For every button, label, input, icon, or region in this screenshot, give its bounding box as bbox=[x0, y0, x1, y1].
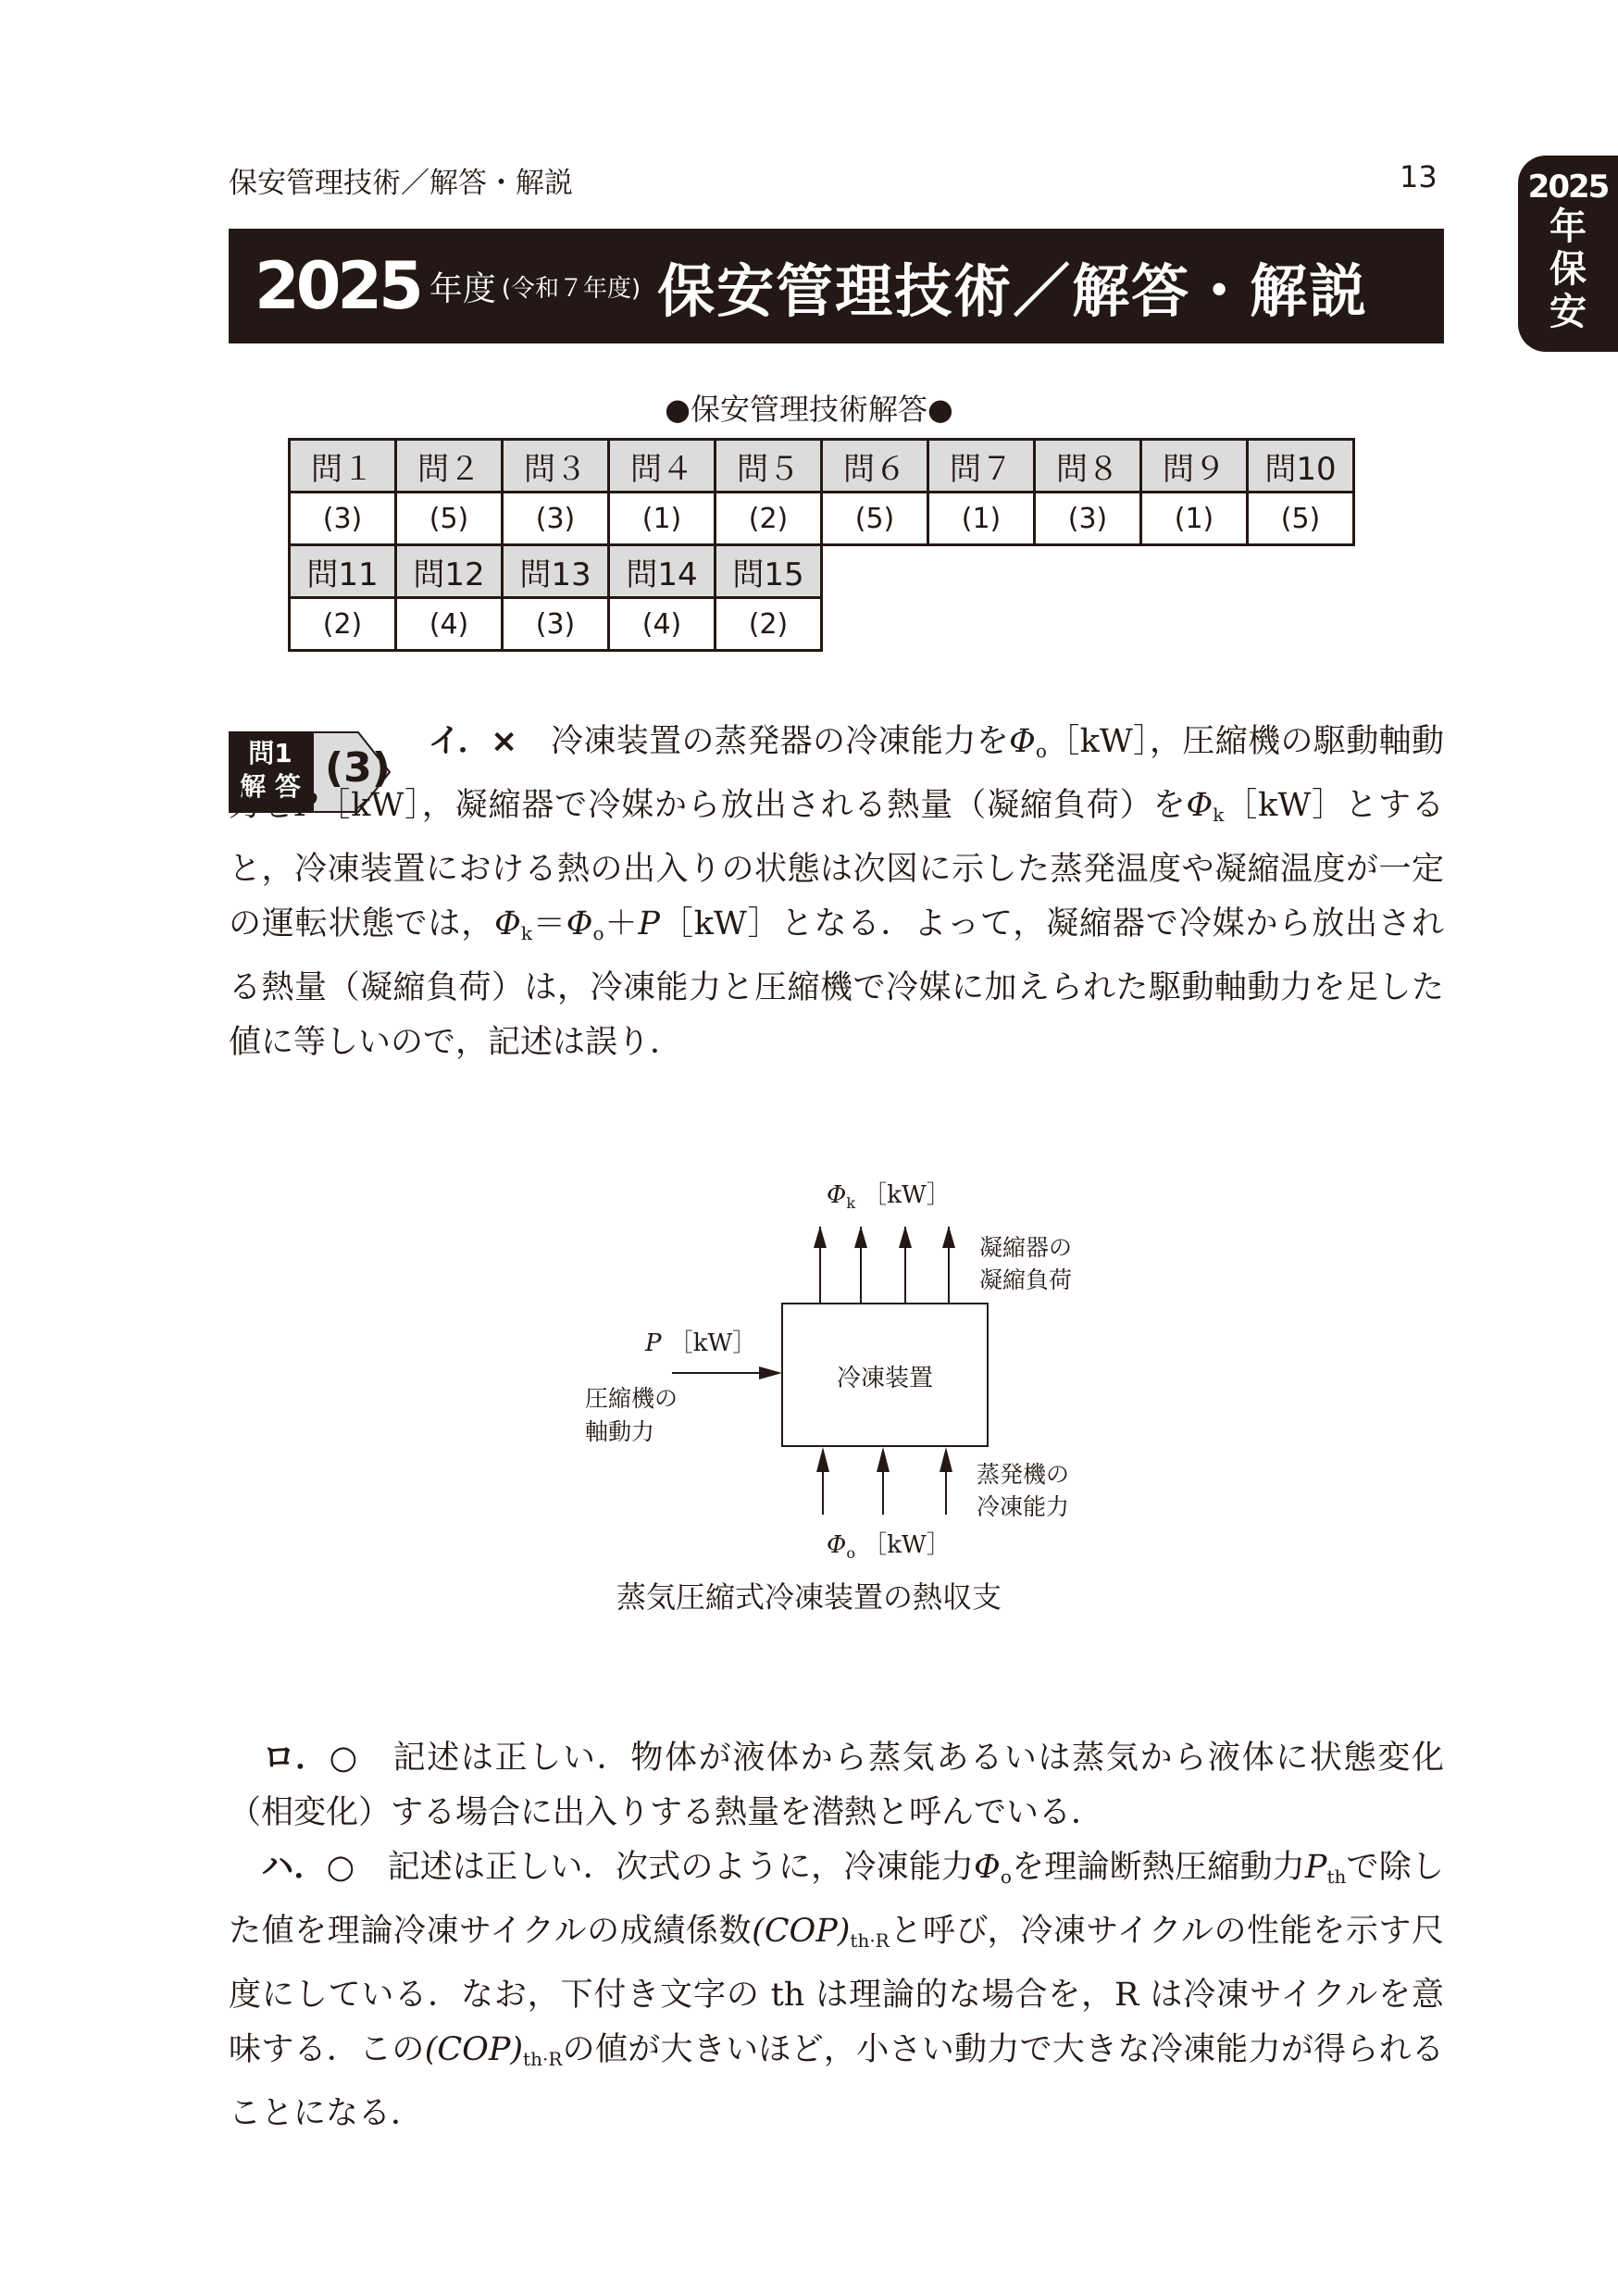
title-year: 2025 bbox=[255, 248, 420, 324]
answer-cell: (2) bbox=[290, 598, 396, 651]
answer-cell: (1) bbox=[1141, 493, 1248, 545]
power-label: P ［kW］ bbox=[645, 1324, 756, 1358]
circle-mark: ○ bbox=[327, 1849, 355, 1886]
side-tab-year: 2025 bbox=[1518, 168, 1618, 206]
section-ro-marker: ロ． bbox=[263, 1740, 330, 1777]
answer-row: (2) (4) (3) (4) (2) bbox=[290, 598, 1354, 651]
title-bar: 2025 年度 (令和７年度) 保安管理技術／解答・解説 bbox=[229, 229, 1444, 343]
section-i-marker: イ．× bbox=[428, 723, 517, 760]
empty-cell bbox=[822, 598, 1354, 651]
answer-row: (3) (5) (3) (1) (2) (5) (1) (3) (1) (5) bbox=[290, 493, 1354, 545]
page-number: 13 bbox=[1400, 159, 1438, 194]
answer-cell: (5) bbox=[396, 493, 503, 545]
question-cell: 問４ bbox=[609, 440, 716, 493]
compressor-desc: 圧縮機の 軸動力 bbox=[585, 1382, 678, 1449]
answer-cell: (2) bbox=[716, 493, 822, 545]
question-cell: 問15 bbox=[716, 545, 822, 598]
answer-cell: (3) bbox=[503, 598, 609, 651]
side-tab-char: 年 bbox=[1518, 206, 1618, 248]
question-cell: 問８ bbox=[1035, 440, 1141, 493]
answer-cell: (3) bbox=[290, 493, 396, 545]
side-tab-char: 安 bbox=[1518, 291, 1618, 333]
question-cell: 問10 bbox=[1248, 440, 1354, 493]
section-i: イ．× 冷凍装置の蒸発器の冷凍能力をΦo［kW］，圧縮機の駆動軸動力をP［kW］… bbox=[229, 715, 1444, 1070]
question-cell: 問６ bbox=[822, 440, 928, 493]
section-ha: ハ．○ 記述は正しい．次式のように，冷凍能力Φoを理論断熱圧縮動力Pthで除した… bbox=[229, 1841, 1444, 2141]
running-title: 保安管理技術／解答・解説 bbox=[229, 159, 573, 201]
title-nendo: 年度 bbox=[429, 263, 496, 310]
answer-table-caption: ●保安管理技術解答● bbox=[0, 386, 1618, 429]
answer-cell: (4) bbox=[609, 598, 716, 651]
answer-cell: (3) bbox=[503, 493, 609, 545]
question-row: 問１ 問２ 問３ 問４ 問５ 問６ 問７ 問８ 問９ 問10 bbox=[290, 440, 1354, 493]
figure-caption: 蒸気圧縮式冷凍装置の熱収支 bbox=[0, 1574, 1618, 1616]
question-cell: 問７ bbox=[928, 440, 1035, 493]
empty-cell bbox=[822, 545, 1354, 598]
question-cell: 問２ bbox=[396, 440, 503, 493]
condenser-load-label: Φk ［kW］ bbox=[827, 1176, 951, 1212]
circle-mark: ○ bbox=[330, 1740, 359, 1777]
question-cell: 問３ bbox=[503, 440, 609, 493]
question-cell: 問１ bbox=[290, 440, 396, 493]
question-row: 問11 問12 問13 問14 問15 bbox=[290, 545, 1354, 598]
question-cell: 問14 bbox=[609, 545, 716, 598]
heat-balance-diagram: Φk ［kW］ 凝縮器の 凝縮負荷 P ［kW］ 圧縮機の 軸動力 冷凍装置 蒸… bbox=[555, 1157, 1111, 1583]
page-title: 保安管理技術／解答・解説 bbox=[657, 245, 1368, 328]
answer-cell: (1) bbox=[928, 493, 1035, 545]
question-cell: 問13 bbox=[503, 545, 609, 598]
side-tab-char: 保 bbox=[1518, 248, 1618, 291]
answer-cell: (2) bbox=[716, 598, 822, 651]
section-ro: ロ．○ 記述は正しい．物体が液体から蒸気あるいは蒸気から液体に状態変化（相変化）… bbox=[229, 1731, 1444, 1841]
title-reiwa: (令和７年度) bbox=[502, 269, 641, 304]
answer-cell: (5) bbox=[822, 493, 928, 545]
answer-cell: (4) bbox=[396, 598, 503, 651]
answer-table: 問１ 問２ 問３ 問４ 問５ 問６ 問７ 問８ 問９ 問10 (3) (5) (… bbox=[288, 438, 1355, 652]
question-cell: 問11 bbox=[290, 545, 396, 598]
evaporator-desc: 蒸発機の 冷凍能力 bbox=[977, 1458, 1069, 1523]
refrigeration-unit-label: 冷凍装置 bbox=[782, 1359, 988, 1393]
condenser-desc: 凝縮器の 凝縮負荷 bbox=[979, 1231, 1072, 1296]
section-ro-ha: ロ．○ 記述は正しい．物体が液体から蒸気あるいは蒸気から液体に状態変化（相変化）… bbox=[229, 1731, 1444, 2141]
section-ha-marker: ハ． bbox=[261, 1849, 326, 1886]
side-tab: 2025 年 保 安 bbox=[1518, 156, 1618, 352]
question-cell: 問５ bbox=[716, 440, 822, 493]
question-cell: 問９ bbox=[1141, 440, 1248, 493]
question-cell: 問12 bbox=[396, 545, 503, 598]
answer-cell: (1) bbox=[609, 493, 716, 545]
answer-cell: (5) bbox=[1248, 493, 1354, 545]
refrigeration-capacity-label: Φo ［kW］ bbox=[827, 1526, 951, 1562]
answer-cell: (3) bbox=[1035, 493, 1141, 545]
